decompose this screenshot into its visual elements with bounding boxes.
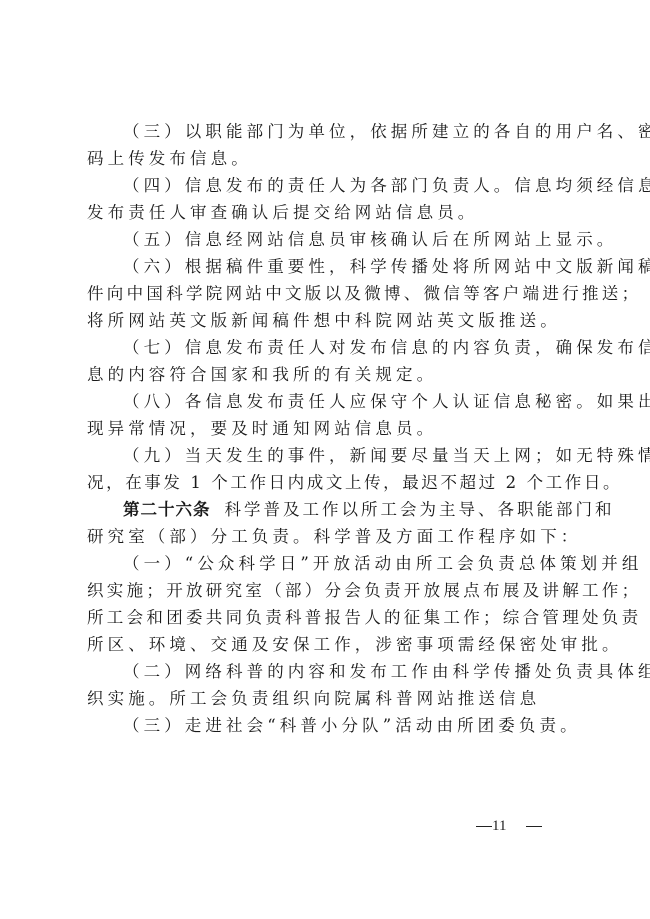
paragraph-6: （六）根据稿件重要性，科学传播处将所网站中文版新闻稿 件向中国科学院网站中文版以… — [87, 253, 561, 334]
article-26: 第二十六条科学普及工作以所工会为主导、各职能部门和 研究室（部）分工负责。科学普… — [87, 496, 561, 550]
text-line: （五）信息经网站信息员审核确认后在所网站上显示。 — [87, 226, 561, 253]
paragraph-4: （四）信息发布的责任人为各部门负责人。信息均须经信息 发布责任人审查确认后提交给… — [87, 172, 561, 226]
paragraph-8: （八）各信息发布责任人应保守个人认证信息秘密。如果出 现异常情况，要及时通知网站… — [87, 388, 561, 442]
paragraph-3: （三）以职能部门为单位，依据所建立的各自的用户名、密 码上传发布信息。 — [87, 118, 561, 172]
paragraph-1: （一）“公众科学日”开放活动由所工会负责总体策划并组 织实施；开放研究室（部）分… — [87, 550, 561, 658]
footer-dash-left — [476, 826, 492, 827]
footer-dash-right — [526, 826, 542, 827]
paragraph-5: （五）信息经网站信息员审核确认后在所网站上显示。 — [87, 226, 561, 253]
page-footer: 11 — [476, 818, 542, 835]
paragraph-2: （二）网络科普的内容和发布工作由科学传播处负责具体组 织实施。所工会负责组织向院… — [87, 658, 561, 712]
text-line: 息的内容符合国家和我所的有关规定。 — [87, 361, 561, 388]
text-line: （九）当天发生的事件，新闻要尽量当天上网；如无特殊情 — [87, 442, 561, 469]
text-line: （一）“公众科学日”开放活动由所工会负责总体策划并组 — [87, 550, 561, 577]
paragraph-9: （九）当天发生的事件，新闻要尽量当天上网；如无特殊情 况，在事发 1 个工作日内… — [87, 442, 561, 496]
text-line: （三）走进社会“科普小分队”活动由所团委负责。 — [87, 712, 561, 739]
paragraph-7: （七）信息发布责任人对发布信息的内容负责，确保发布信 息的内容符合国家和我所的有… — [87, 334, 561, 388]
text-line: 现异常情况，要及时通知网站信息员。 — [87, 415, 561, 442]
document-body: （三）以职能部门为单位，依据所建立的各自的用户名、密 码上传发布信息。 （四）信… — [87, 118, 561, 739]
text-line: （二）网络科普的内容和发布工作由科学传播处负责具体组 — [87, 658, 561, 685]
text-line: 所工会和团委共同负责科普报告人的征集工作；综合管理处负责 — [87, 604, 561, 631]
text-line: 码上传发布信息。 — [87, 145, 561, 172]
page-number: 11 — [492, 818, 506, 834]
text-line: （六）根据稿件重要性，科学传播处将所网站中文版新闻稿 — [87, 253, 561, 280]
text-line: 研究室（部）分工负责。科学普及方面工作程序如下： — [87, 523, 561, 550]
article-text: 科学普及工作以所工会为主导、各职能部门和 — [225, 500, 615, 519]
text-line: （三）以职能部门为单位，依据所建立的各自的用户名、密 — [87, 118, 561, 145]
text-line: 织实施；开放研究室（部）分会负责开放展点布展及讲解工作； — [87, 577, 561, 604]
paragraph-3b: （三）走进社会“科普小分队”活动由所团委负责。 — [87, 712, 561, 739]
text-line: 所区、环境、交通及安保工作，涉密事项需经保密处审批。 — [87, 631, 561, 658]
text-line: 第二十六条科学普及工作以所工会为主导、各职能部门和 — [87, 496, 561, 523]
text-line: 件向中国科学院网站中文版以及微博、微信等客户端进行推送； — [87, 280, 561, 307]
text-line: 织实施。所工会负责组织向院属科普网站推送信息 — [87, 685, 561, 712]
text-line: （七）信息发布责任人对发布信息的内容负责，确保发布信 — [87, 334, 561, 361]
article-label: 第二十六条 — [123, 500, 211, 519]
text-line: 况，在事发 1 个工作日内成文上传，最迟不超过 2 个工作日。 — [87, 469, 561, 496]
text-line: 将所网站英文版新闻稿件想中科院网站英文版推送。 — [87, 307, 561, 334]
text-line: （八）各信息发布责任人应保守个人认证信息秘密。如果出 — [87, 388, 561, 415]
text-line: （四）信息发布的责任人为各部门负责人。信息均须经信息 — [87, 172, 561, 199]
text-line: 发布责任人审查确认后提交给网站信息员。 — [87, 199, 561, 226]
